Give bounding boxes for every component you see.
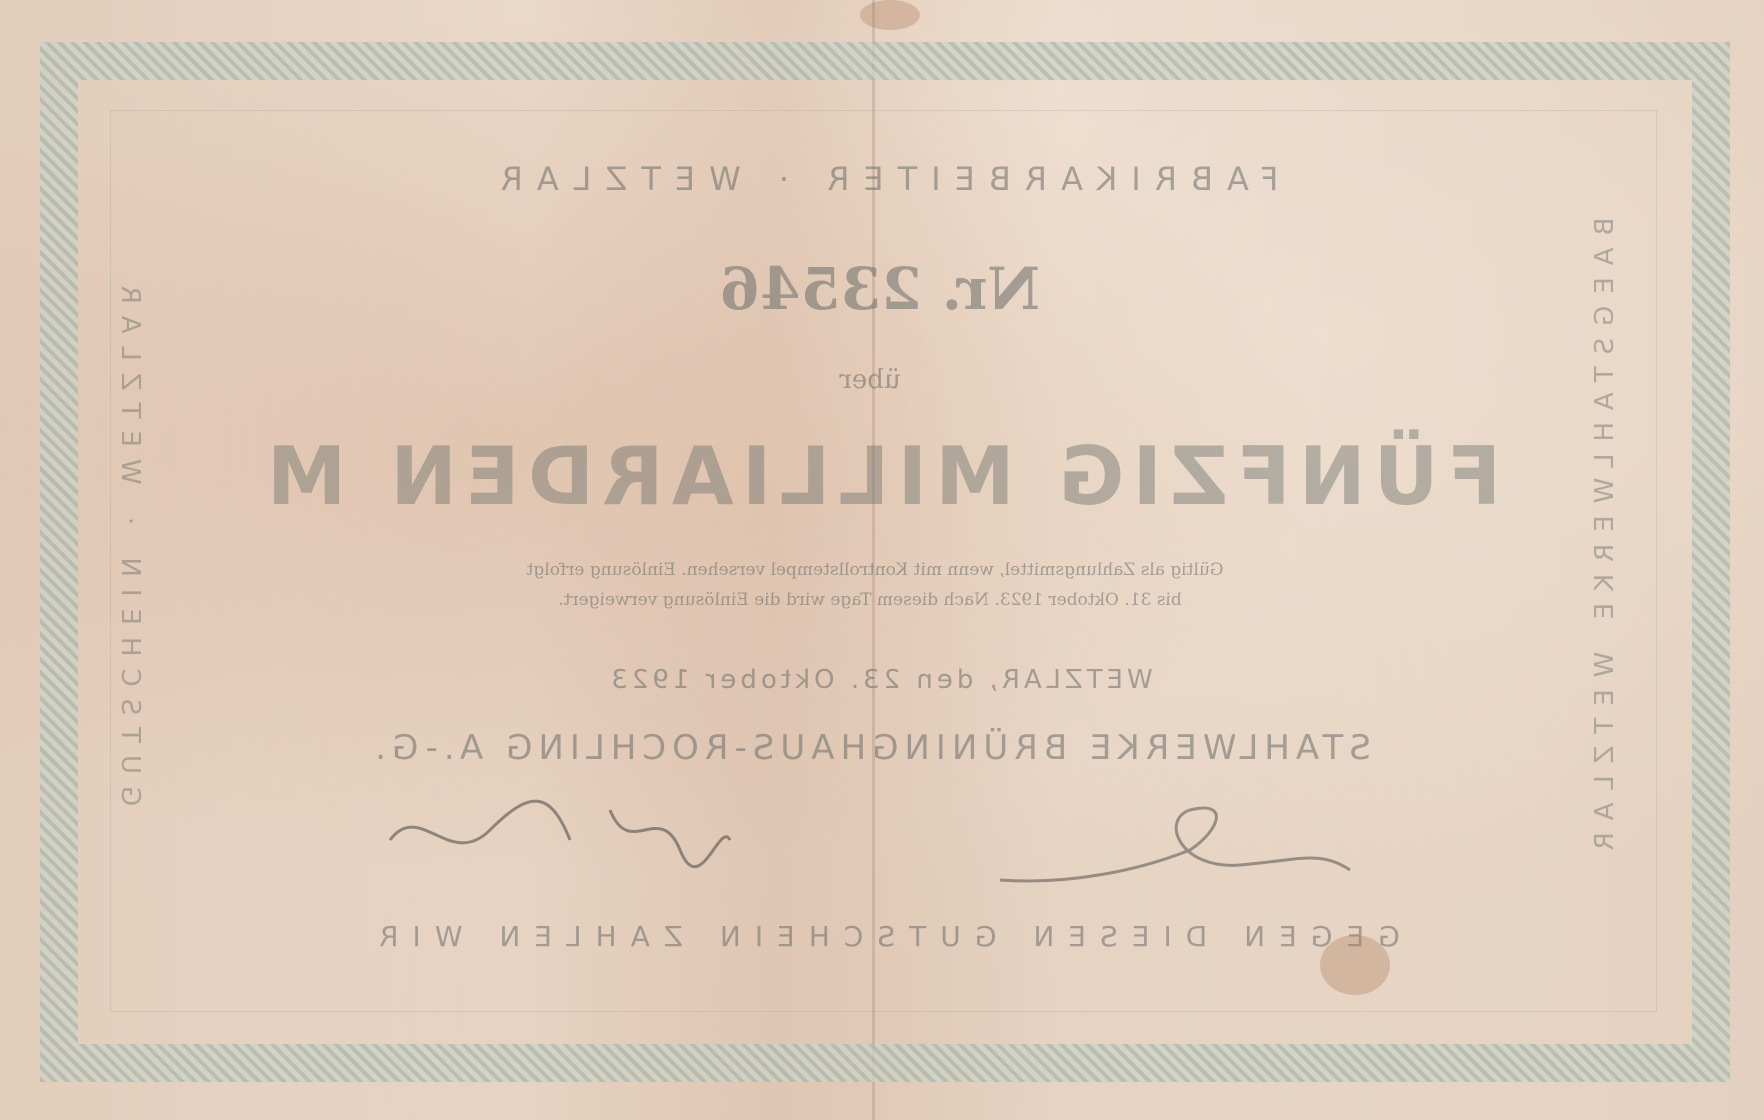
- small-connector-text: über: [770, 365, 970, 395]
- stain-top: [860, 0, 920, 30]
- signature-right-icon: [990, 790, 1370, 900]
- place-date: WETZLAR, den 23. Oktober 1923: [540, 665, 1220, 695]
- top-inscription: FABRIKARBEITER · WETZLAR: [150, 160, 1615, 198]
- legal-text-line-2: bis 31. Oktober 1923. Nach diesem Tage w…: [420, 590, 1320, 610]
- bottom-inscription: GEGEN DIESEN GUTSCHEIN ZAHLEN WIR: [150, 920, 1615, 953]
- right-side-inscription: BAEGSTAHLWERKE WETZLAR: [1590, 218, 1620, 863]
- left-side-inscription: GUTSCHEIN · WETZLAR: [115, 274, 145, 806]
- serial-number: Nr. 23546: [430, 255, 1330, 323]
- stain-mark: [1320, 935, 1390, 995]
- legal-text-line-1: Gültig als Zahlungsmittel, wenn mit Kont…: [230, 560, 1520, 580]
- issuer-name: STAHLWERKE BRÜNINGHAUS-ROCHLING A.-G.: [320, 728, 1420, 768]
- banknote-reverse: FABRIKARBEITER · WETZLAR Nr. 23546 über …: [0, 0, 1764, 1120]
- signature-left-icon: [380, 780, 740, 890]
- denomination-text: FÜNFZIG MILLIARDEN M: [230, 430, 1530, 523]
